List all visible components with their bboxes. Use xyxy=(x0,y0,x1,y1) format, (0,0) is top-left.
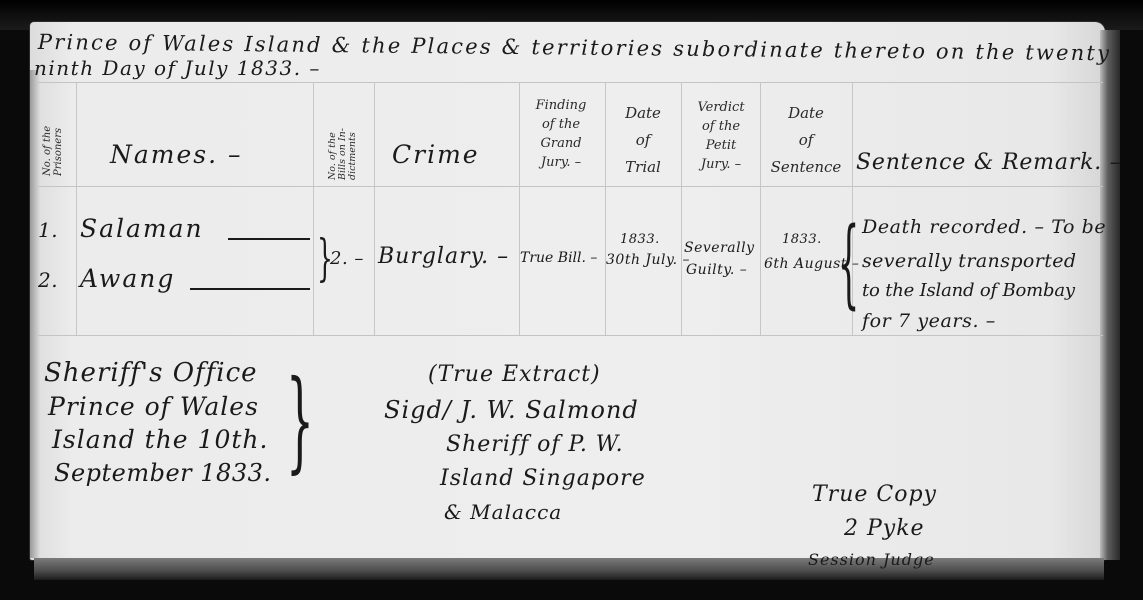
remark-line-2: severally transported xyxy=(862,250,1076,272)
col-divider-2 xyxy=(313,82,314,335)
page-left-shadow xyxy=(30,70,40,558)
header-finding-grand-jury: Finding of the Grand Jury. – xyxy=(520,96,602,172)
header-finding-line1: Finding xyxy=(520,96,602,115)
header-no-prisoners: No. of the Prisoners xyxy=(42,126,64,176)
col-divider-1 xyxy=(76,82,77,335)
page-right-edge xyxy=(1100,30,1120,560)
extract-line-5: & Malacca xyxy=(444,500,562,524)
office-brace: } xyxy=(286,355,314,485)
header-verdict-line1: Verdict xyxy=(682,98,760,117)
copy-line-1: True Copy xyxy=(812,482,937,507)
header-sentence-date-line1: Date xyxy=(760,100,852,127)
header-no-prisoners-line1: No. of the xyxy=(42,126,53,176)
row-2-number: 2. xyxy=(38,268,58,292)
header-finding-line3: Grand xyxy=(520,134,602,153)
office-line-1: Sheriff's Office xyxy=(44,358,258,388)
sentence-year: 1833. xyxy=(782,232,822,247)
header-date-of-trial: Date of Trial xyxy=(606,100,680,181)
header-verdict-line4: Jury. – xyxy=(682,155,760,174)
header-crime: Crime xyxy=(392,140,480,169)
office-line-2: Prince of Wales xyxy=(48,392,259,421)
row-2-name: Awang xyxy=(80,264,175,293)
row-2-name-fill-line xyxy=(190,288,310,290)
intro-line-2: ninth Day of July 1833. – xyxy=(34,56,321,80)
header-no-bills-line3: dictments xyxy=(348,128,358,180)
header-verdict-line2: of the xyxy=(682,117,760,136)
table-top-rule xyxy=(38,82,1103,83)
header-verdict-line3: Petit xyxy=(682,136,760,155)
verdict-line-1: Severally xyxy=(684,240,754,256)
header-finding-line2: of the xyxy=(520,115,602,134)
trial-year: 1833. xyxy=(620,232,660,247)
extract-line-3: Sheriff of P. W. xyxy=(446,432,624,457)
remark-line-4: for 7 years. – xyxy=(862,310,996,332)
bills-count: 2. – xyxy=(330,248,364,269)
remark-line-3: to the Island of Bombay xyxy=(862,280,1075,301)
finding-value: True Bill. – xyxy=(520,250,597,266)
copy-line-3: Session Judge xyxy=(808,550,935,569)
extract-line-1: (True Extract) xyxy=(428,362,601,387)
remark-line-1: Death recorded. – To be xyxy=(862,216,1106,238)
trial-date: 30th July. – xyxy=(606,252,690,268)
page-bottom-edge xyxy=(34,558,1104,580)
remark-brace: { xyxy=(838,208,859,318)
extract-line-4: Island Singapore xyxy=(440,466,646,491)
header-names: Names. – xyxy=(110,140,243,169)
verdict-line-2: Guilty. – xyxy=(686,262,747,278)
crime-value: Burglary. – xyxy=(378,244,509,269)
header-verdict-petit-jury: Verdict of the Petit Jury. – xyxy=(682,98,760,174)
header-date-of-sentence: Date of Sentence xyxy=(760,100,852,181)
header-no-bills: No. of the Bills on In- dictments xyxy=(328,128,358,180)
office-line-4: September 1833. xyxy=(54,459,272,487)
col-divider-3 xyxy=(374,82,375,335)
header-sentence-date-line2: of xyxy=(760,127,852,154)
header-trial-line3: Trial xyxy=(606,154,680,181)
row-1-name-fill-line xyxy=(228,238,310,240)
office-line-3: Island the 10th. xyxy=(52,425,268,454)
header-finding-line4: Jury. – xyxy=(520,153,602,172)
extract-line-2: Sigd/ J. W. Salmond xyxy=(384,396,639,424)
row-bottom-rule xyxy=(38,335,1103,336)
header-sentence-date-line3: Sentence xyxy=(760,154,852,181)
row-1-number: 1. xyxy=(38,218,58,242)
header-no-prisoners-line2: Prisoners xyxy=(53,126,64,176)
header-trial-line2: of xyxy=(606,127,680,154)
row-1-name: Salaman xyxy=(80,214,204,243)
header-trial-line1: Date xyxy=(606,100,680,127)
copy-line-2: 2 Pyke xyxy=(844,516,925,541)
header-sentence-remark: Sentence & Remark. – xyxy=(856,150,1122,175)
header-bottom-rule xyxy=(38,186,1103,187)
